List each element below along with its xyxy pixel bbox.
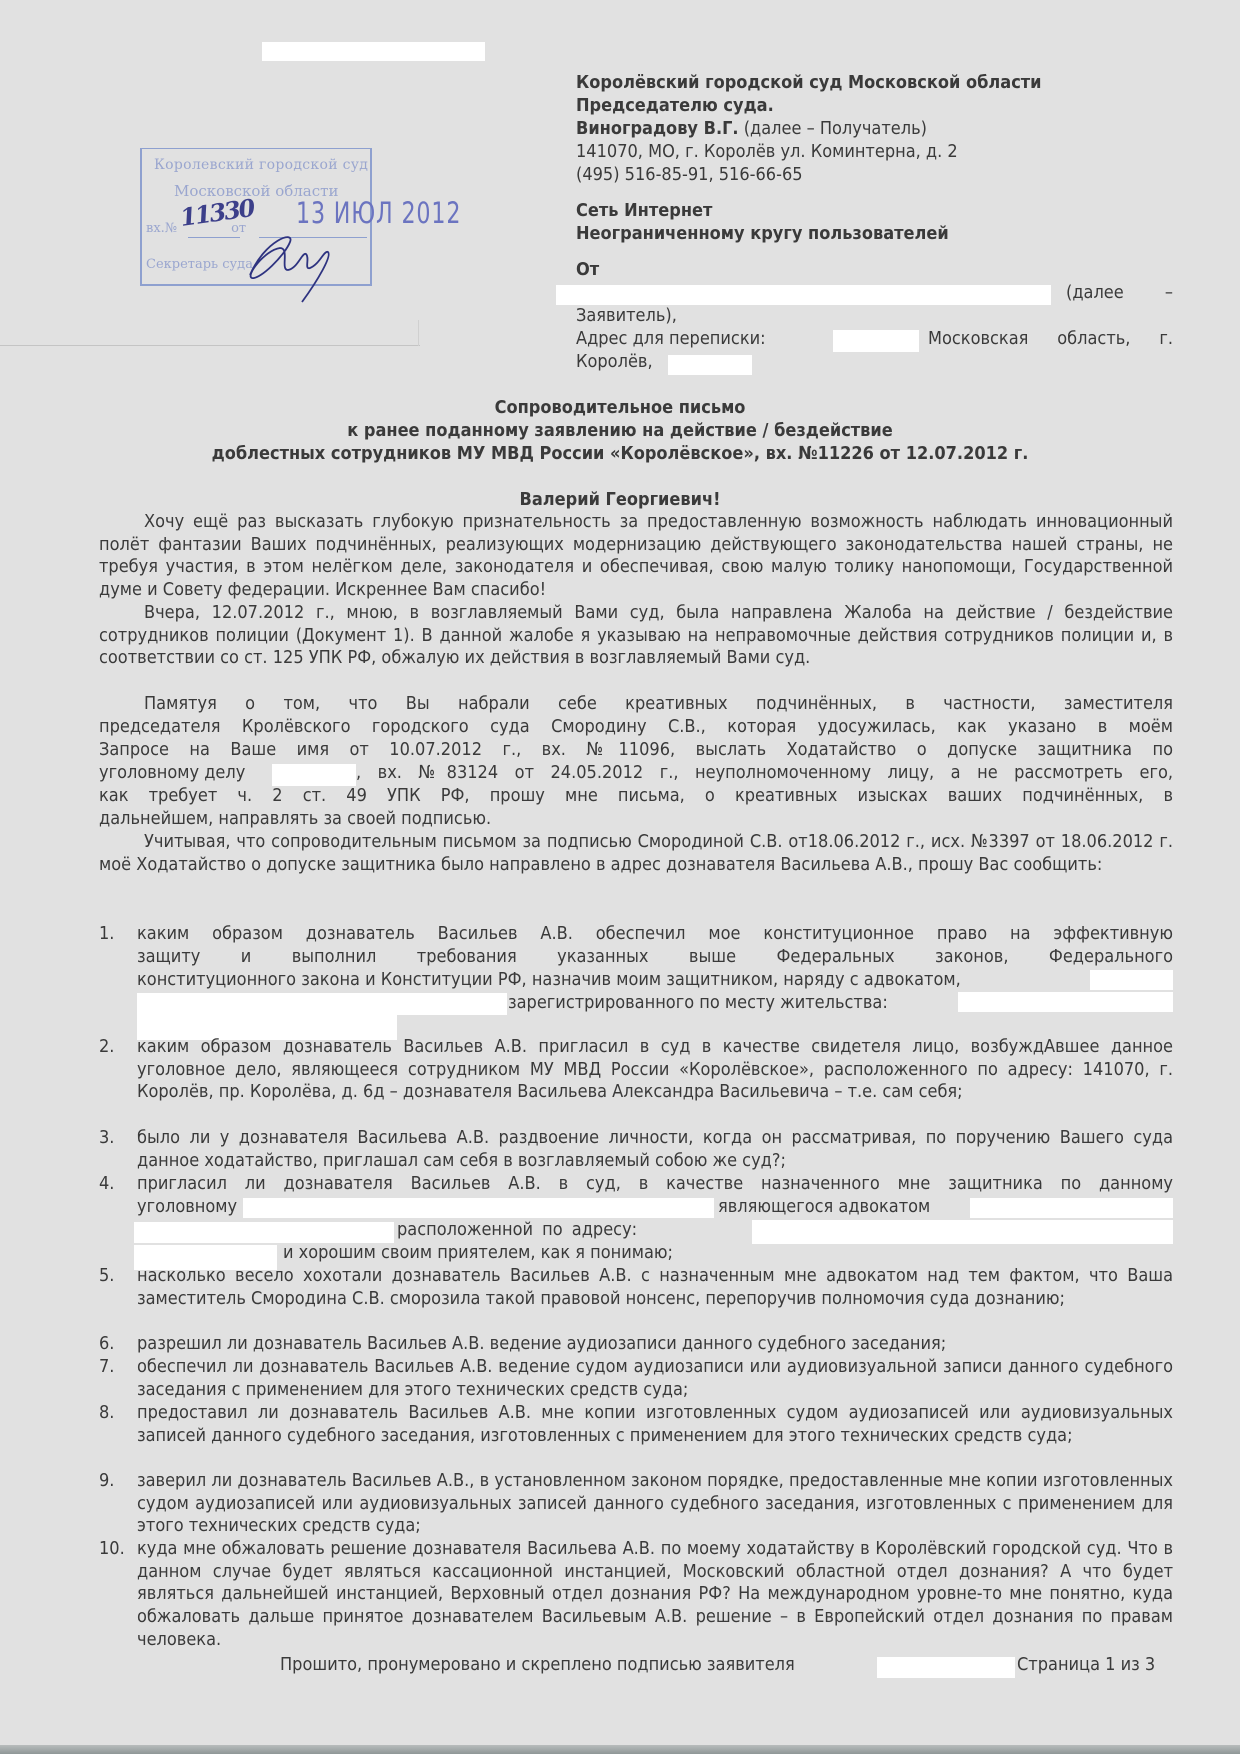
- redacted-law-office-address: [752, 1220, 1173, 1244]
- sender-address-city: Королёв,: [576, 351, 653, 374]
- list-item-7: 7.обеспечил ли дознаватель Васильев А.В.…: [99, 1356, 1173, 1401]
- list-item-4-text: являющегося адвокатом: [718, 1196, 930, 1219]
- paragraph-complaint: Вчера, 12.07.2012 г., мною, в возглавляе…: [99, 602, 1173, 670]
- stamp-secretary: Секретарь суда: [146, 257, 253, 272]
- list-item-3: 3.было ли у дознавателя Васильева А.В. р…: [99, 1127, 1173, 1172]
- letter-subtitle: к ранее поданному заявлению на действие …: [140, 420, 1100, 443]
- list-item-4-text: пригласил ли дознавателя Васильев А.В. в…: [137, 1173, 1173, 1196]
- stamp-court-name: Королевский городской суд: [154, 157, 368, 173]
- letter-title: Сопроводительное письмо: [140, 397, 1100, 420]
- list-item-1-text: конституционного закона и Конституции РФ…: [137, 969, 961, 992]
- salutation: Валерий Георгиевич!: [140, 489, 1100, 512]
- recipient-name: Виноградову В.Г. (далее – Получатель): [576, 118, 927, 141]
- paragraph-deputy-line: председателя Кролёвского городского суда…: [99, 716, 1173, 739]
- signature-icon: [240, 230, 370, 310]
- stamp-date: 13 ИЮЛ 2012: [296, 196, 461, 230]
- recipient-phones: (495) 516-85-91, 516-66-65: [576, 164, 803, 187]
- recipient-court: Королёвский городской суд Московской обл…: [576, 72, 1042, 95]
- sender-alias-part2: Заявитель),: [576, 305, 677, 328]
- redacted-lawyer-name: [137, 993, 507, 1015]
- list-item-1-text: зарегистрированного по месту жительства:: [508, 992, 888, 1015]
- redacted-case-number: [272, 764, 356, 786]
- stamp-underline: [188, 237, 240, 238]
- list-item-6: 6.разрешил ли дознаватель Васильев А.В. …: [99, 1333, 1173, 1356]
- sender-alias-part1: (далее –: [1066, 282, 1173, 305]
- list-item-1-text: каким образом дознаватель Васильев А.В. …: [137, 923, 1173, 946]
- fold-line: [0, 345, 420, 346]
- redacted-address: [833, 330, 919, 352]
- paragraph-deputy-line: , вх. №83124 от 24.05.2012 г., неуполном…: [356, 762, 1173, 785]
- paragraph-deputy-line: дальнейшем, направлять за своей подписью…: [99, 808, 491, 831]
- scan-edge: [0, 1745, 1240, 1754]
- second-recipient-audience: Неограниченному кругу пользователей: [576, 223, 949, 246]
- sender-from-label: От: [576, 259, 599, 282]
- redacted-law-office: [970, 1198, 1173, 1218]
- paragraph-deputy-line: Запросе на Ваше имя от 10.07.2012 г., вх…: [99, 739, 1173, 762]
- redacted-lawyer-name: [1090, 970, 1173, 990]
- footer-certification: Прошито, пронумеровано и скреплено подпи…: [280, 1654, 795, 1677]
- redacted-appointed-lawyer: [412, 1198, 714, 1218]
- paragraph-deputy-line: Памятуя о том, что Вы набрали себе креат…: [144, 693, 1173, 716]
- redacted-sender-name: [556, 285, 1051, 305]
- second-recipient-network: Сеть Интернет: [576, 200, 712, 223]
- list-item-4-text: и хорошим своим приятелем, как я понимаю…: [283, 1242, 673, 1265]
- paragraph-gratitude: Хочу ещё раз высказать глубокую признате…: [99, 511, 1173, 602]
- list-item-5: 5.насколько весело хохотали дознаватель …: [99, 1265, 1173, 1310]
- paragraph-deputy-line: уголовному делу: [99, 762, 245, 785]
- list-item-2: 2.каким образом дознаватель Васильев А.В…: [99, 1036, 1173, 1104]
- list-item-number: 4.: [99, 1173, 114, 1196]
- list-item-8: 8.предоставил ли дознаватель Васильев А.…: [99, 1402, 1173, 1447]
- redacted-signature: [877, 1657, 1015, 1678]
- list-item-1-text: защиту и выполнил требования указанных в…: [137, 946, 1173, 969]
- redacted-lawyer-address: [958, 992, 1173, 1012]
- redacted-law-office: [134, 1222, 394, 1243]
- list-item-10: 10.куда мне обжаловать решение дознавате…: [99, 1538, 1173, 1652]
- recipient-position: Председателю суда.: [576, 95, 774, 118]
- list-item-number: 1.: [99, 923, 114, 946]
- paragraph-request: Учитывая, что сопроводительным письмом з…: [99, 831, 1173, 876]
- sender-address-label: Адрес для переписки:: [576, 328, 766, 351]
- page-number: Страница 1 из 3: [1017, 1654, 1155, 1677]
- redacted-address-street: [668, 355, 752, 375]
- list-item-4-text: расположенной по адресу:: [397, 1219, 637, 1242]
- redacted-block: [262, 42, 485, 61]
- sender-address-region: Московская область, г.: [928, 328, 1173, 351]
- fold-line: [418, 320, 419, 346]
- paragraph-deputy-line: как требует ч. 2 ст. 49 УПК РФ, прошу мн…: [99, 785, 1173, 808]
- letter-subtitle-reference: доблестных сотрудников МУ МВД России «Ко…: [140, 443, 1100, 466]
- list-item-9: 9.заверил ли дознаватель Васильев А.В., …: [99, 1470, 1173, 1538]
- recipient-address: 141070, МО, г. Королёв ул. Коминтерна, д…: [576, 141, 958, 164]
